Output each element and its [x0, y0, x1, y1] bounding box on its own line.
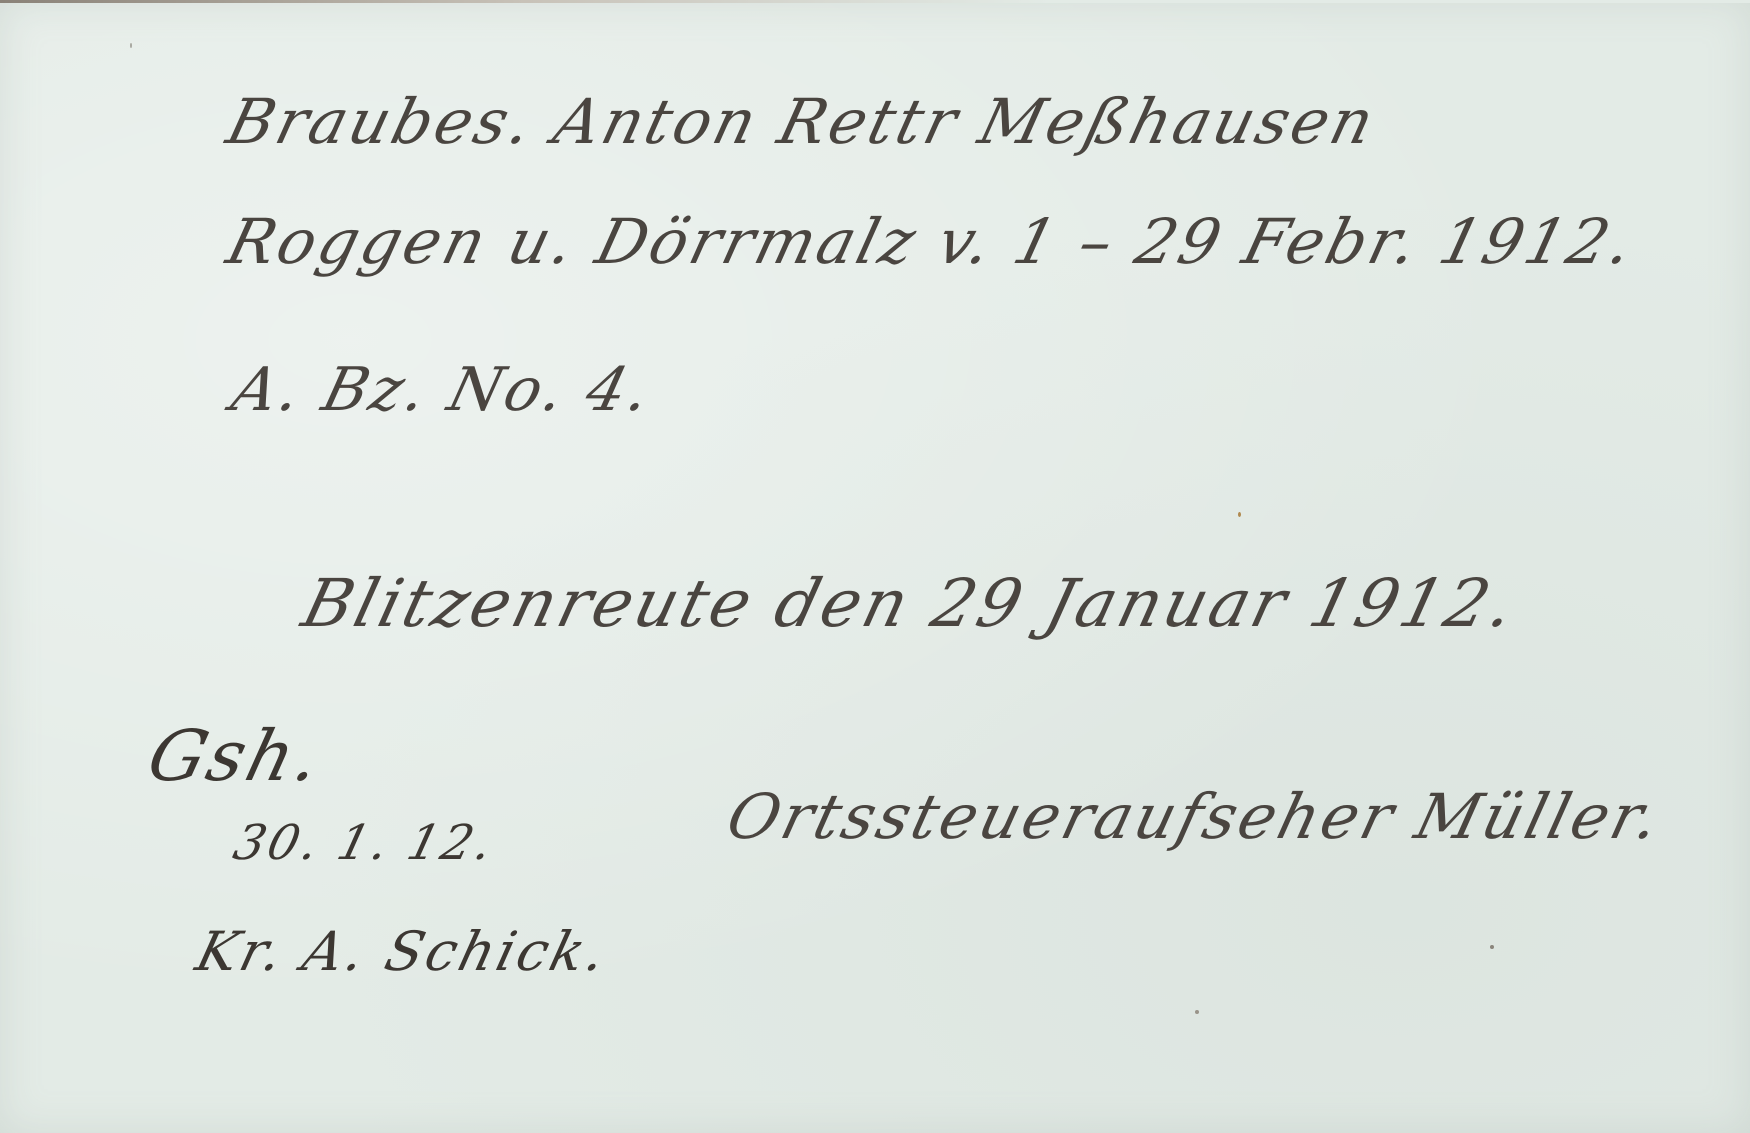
- approval-mark: Gsh.: [140, 715, 332, 797]
- ink-speck: [1238, 512, 1241, 517]
- reference-line: A. Bz. No. 4.: [225, 355, 660, 425]
- paper-speck: [1490, 945, 1494, 949]
- approval-date: 30. 1. 12.: [228, 815, 501, 871]
- paper-edge: [0, 0, 1750, 3]
- official-signature: Ortssteueraufseher Müller.: [720, 780, 1670, 853]
- paper-speck: [1195, 1010, 1199, 1014]
- place-date-line: Blitzenreute den 29 Januar 1912.: [295, 565, 1525, 642]
- subject-line: Roggen u. Dörrmalz v. 1 – 29 Febr. 1912.: [220, 205, 1643, 278]
- postcard: Braubes. Anton Rettr Meßhausen Roggen u.…: [0, 0, 1750, 1133]
- header-line: Braubes. Anton Rettr Meßhausen: [220, 85, 1384, 158]
- paper-speck: [130, 43, 132, 48]
- approval-signature: Kr. A. Schick.: [190, 920, 615, 983]
